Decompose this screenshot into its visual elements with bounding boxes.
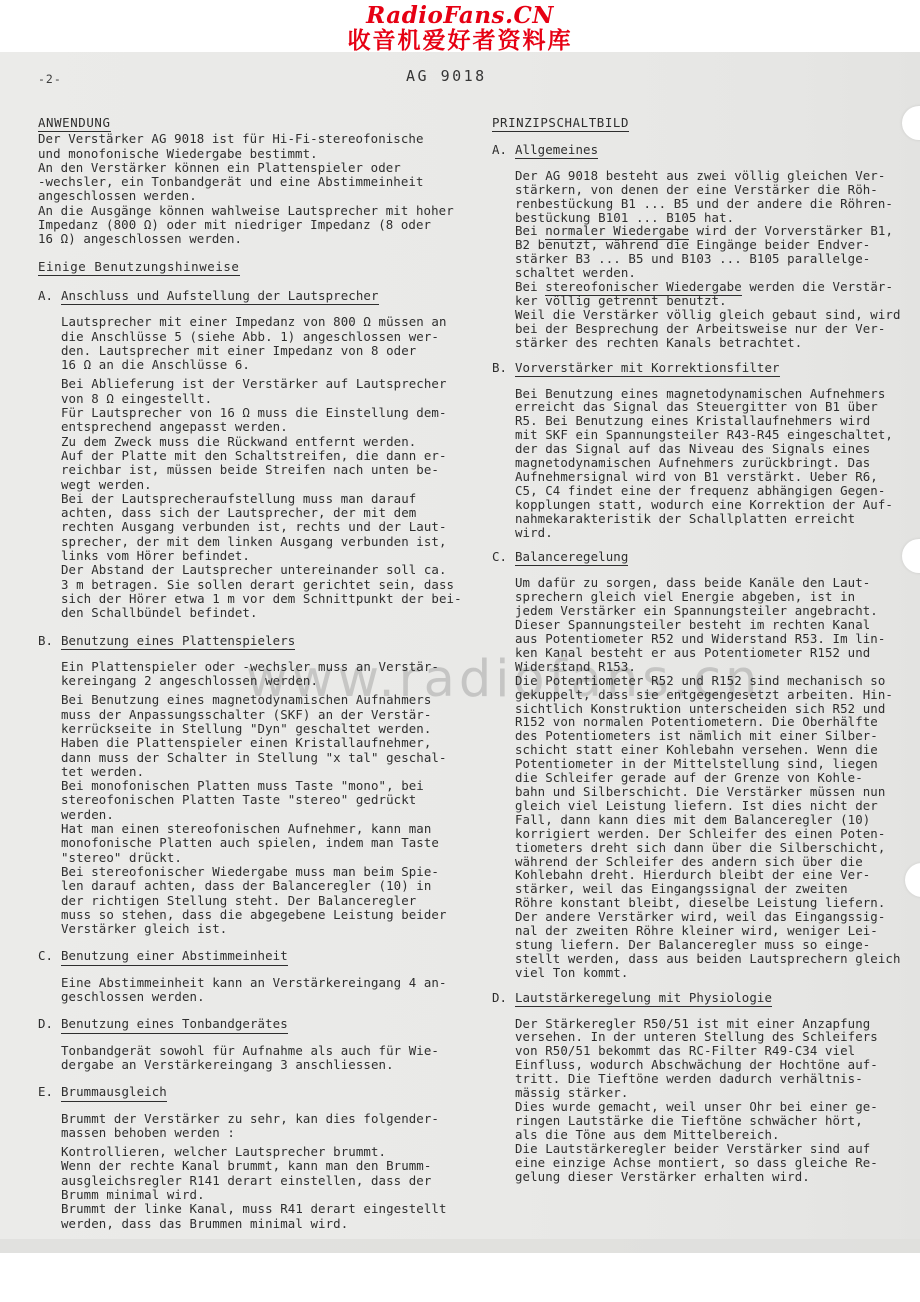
section-heading: Anschluss und Aufstellung der Lautsprech… (61, 289, 379, 305)
text-run: wird der Vorverstärker B1, (689, 223, 893, 238)
paragraph: Bei Benutzung eines magnetodynamischen A… (515, 387, 918, 540)
section-preamp-correction-filter: B. Vorverstärker mit Korrektionsfilter B… (492, 361, 918, 540)
section-letter: E. (38, 1085, 53, 1099)
page-number: -2- (38, 72, 62, 86)
section-tuner-unit: C. Benutzung einer Abstimmeinheit Eine A… (38, 949, 464, 1004)
section-letter: A. (492, 143, 507, 157)
section-tape-recorder: D. Benutzung eines Tonbandgerätes Tonban… (38, 1017, 464, 1072)
left-column: ANWENDUNG Der Verstärker AG 9018 ist für… (38, 116, 464, 1231)
section-heading: Brummausgleich (61, 1085, 167, 1101)
anwendung-paragraph: Der Verstärker AG 9018 ist für Hi-Fi-ste… (38, 132, 464, 246)
site-watermark-name-chinese: 收音机爱好者资料库 (0, 29, 920, 54)
section-prinzipschaltbild-title: PRINZIPSCHALTBILD (492, 116, 918, 132)
right-column: PRINZIPSCHALTBILD A. Allgemeines Der AG … (492, 116, 918, 1183)
section-loudness-control: D. Lautstärkeregelung mit Physiologie De… (492, 991, 918, 1184)
site-watermark-name: RadioFans.CN (0, 3, 920, 28)
paragraph: Der AG 9018 besteht aus zwei völlig glei… (515, 169, 918, 225)
section-heading: Benutzung einer Abstimmeinheit (61, 949, 288, 965)
paragraph: Eine Abstimmeinheit kann an Verstärkerei… (61, 976, 464, 1005)
section-hum-balance: E. Brummausgleich Brummt der Verstärker … (38, 1085, 464, 1231)
paragraph: Ein Plattenspieler oder -wechsler muss a… (61, 660, 464, 689)
section-letter: D. (38, 1017, 53, 1031)
section-letter: B. (38, 634, 53, 648)
section-letter: D. (492, 991, 507, 1005)
text-run: Bei (515, 223, 545, 238)
site-banner: RadioFans.CN 收音机爱好者资料库 (0, 3, 920, 55)
section-anwendung-title: ANWENDUNG (38, 116, 464, 132)
right-column-title: PRINZIPSCHALTBILD (492, 116, 629, 132)
text-run: Bei (515, 279, 545, 294)
paragraph: Um dafür zu sorgen, dass beide Kanäle de… (515, 576, 918, 979)
section-heading: Allgemeines (515, 143, 598, 159)
paragraph: Lautsprecher mit einer Impedanz von 800 … (61, 315, 464, 372)
model-number-header: AG 9018 (406, 67, 487, 85)
paragraph: Tonbandgerät sowohl für Aufnahme als auc… (61, 1044, 464, 1073)
section-letter: B. (492, 361, 507, 375)
paragraph-with-underline: Bei normaler Wiedergabe wird der Vorvers… (515, 224, 918, 238)
paragraph-with-underline: Bei stereofonischer Wiedergabe werden di… (515, 280, 918, 294)
usage-notes-subtitle-row: Einige Benutzungshinweise (38, 260, 464, 276)
paragraph: Bei Ablieferung ist der Verstärker auf L… (61, 377, 464, 620)
section-general: A. Allgemeines Der AG 9018 besteht aus z… (492, 143, 918, 350)
section-letter: C. (492, 550, 507, 564)
section-heading: Balanceregelung (515, 550, 628, 566)
paragraph: Brummt der Verstärker zu sehr, kan dies … (61, 1112, 464, 1141)
usage-notes-subtitle: Einige Benutzungshinweise (38, 260, 240, 276)
section-balance-control: C. Balanceregelung Um dafür zu sorgen, d… (492, 550, 918, 979)
paragraph: Bei Benutzung eines magnetodynamischen A… (61, 693, 464, 936)
section-letter: A. (38, 289, 53, 303)
scanned-manual-page: -2- AG 9018 www.radiofans.cn ANWENDUNG D… (0, 52, 920, 1253)
section-heading: Benutzung eines Plattenspielers (61, 634, 295, 650)
section-heading: Benutzung eines Tonbandgerätes (61, 1017, 288, 1033)
section-record-player: B. Benutzung eines Plattenspielers Ein P… (38, 634, 464, 937)
section-heading: Vorverstärker mit Korrektionsfilter (515, 361, 780, 377)
paragraph: Der Stärkeregler R50/51 ist mit einer An… (515, 1017, 918, 1184)
text-run: werden die Verstär- (742, 279, 893, 294)
section-heading: Lautstärkeregelung mit Physiologie (515, 991, 772, 1007)
section-speaker-setup: A. Anschluss und Aufstellung der Lautspr… (38, 289, 464, 621)
section-letter: C. (38, 949, 53, 963)
paragraph: ker völlig getrennt benutzt. Weil die Ve… (515, 294, 918, 350)
paragraph: Kontrollieren, welcher Lautsprecher brum… (61, 1145, 464, 1231)
left-column-title: ANWENDUNG (38, 116, 111, 132)
paragraph: B2 benutzt, während die Eingänge beider … (515, 238, 918, 280)
